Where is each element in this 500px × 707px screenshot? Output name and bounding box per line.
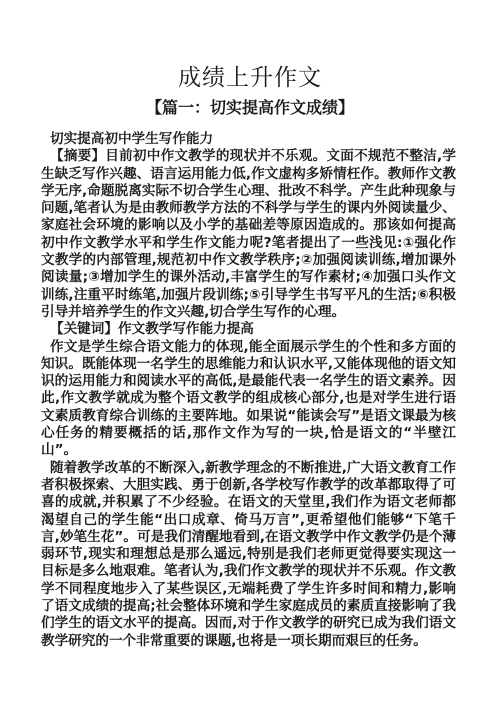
document-page: 成绩上升作文 【篇一：切实提高作文成绩】 切实提高初中学生写作能力【摘要】目前初… [0, 0, 500, 707]
paragraph: 切实提高初中学生写作能力 [41, 131, 456, 148]
paragraph: 随着教学改革的不断深入,新教学理念的不断推进,广大语文教育工作者积极探索、大胆实… [41, 460, 456, 650]
document-subtitle: 【篇一：切实提高作文成绩】 [0, 95, 500, 118]
paragraph: 作文是学生综合语文能力的体现,能全面展示学生的个性和多方面的知识。既能体现一名学… [41, 339, 456, 460]
paragraph: 【摘要】目前初中作文教学的现状并不乐观。文面不规范不整洁,学生缺乏写作兴趣、语言… [41, 148, 456, 321]
document-body: 切实提高初中学生写作能力【摘要】目前初中作文教学的现状并不乐观。文面不规范不整洁… [41, 131, 456, 650]
document-title: 成绩上升作文 [0, 0, 500, 92]
paragraph: 【关键词】作文教学写作能力提高 [41, 321, 456, 338]
